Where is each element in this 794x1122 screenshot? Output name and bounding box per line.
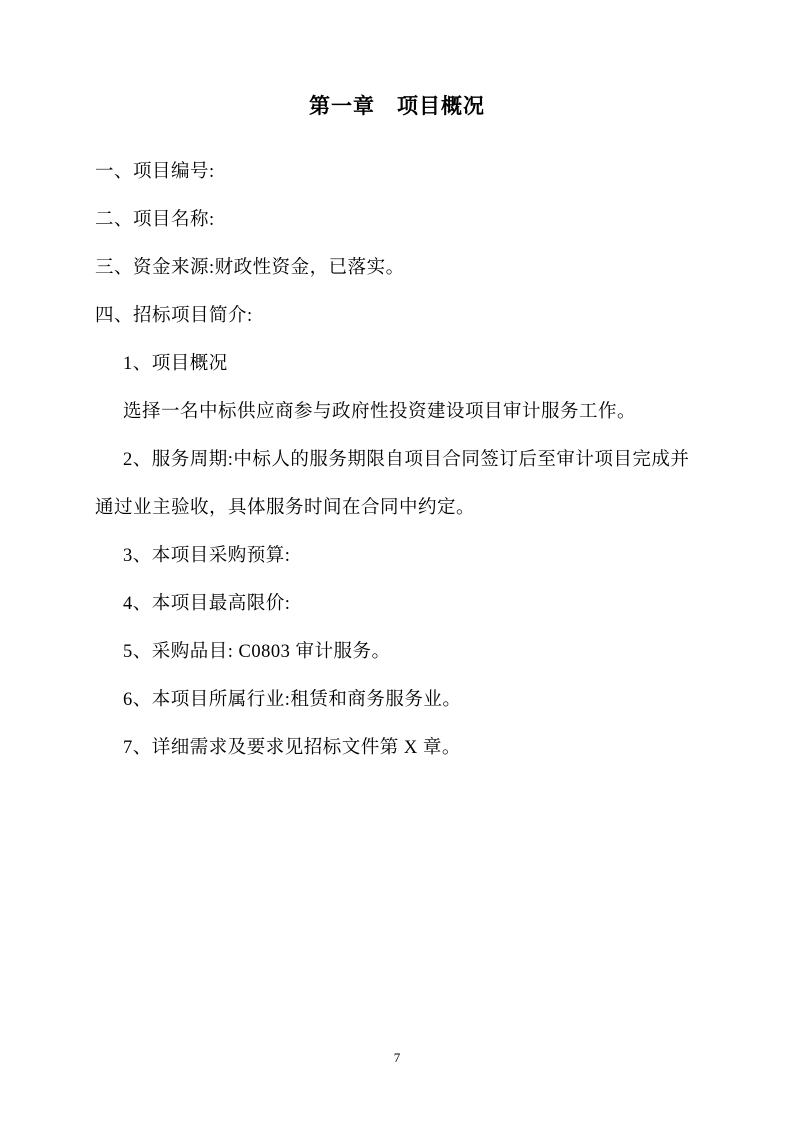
subitem-detailed-requirements: 7、详细需求及要求见招标文件第 X 章。	[95, 724, 699, 772]
subitem-overview-description: 选择一名中标供应商参与政府性投资建设项目审计服务工作。	[95, 388, 699, 436]
page-number: 7	[0, 1050, 794, 1066]
subitem-procurement-category: 5、采购品目: C0803 审计服务。	[95, 628, 699, 676]
subitem-max-price: 4、本项目最高限价:	[95, 580, 699, 628]
item-funding-source: 三、资金来源:财政性资金，已落实。	[95, 244, 699, 292]
document-body: 一、项目编号: 二、项目名称: 三、资金来源:财政性资金，已落实。 四、招标项目…	[95, 148, 699, 772]
item-project-name: 二、项目名称:	[95, 196, 699, 244]
subitem-procurement-budget: 3、本项目采购预算:	[95, 532, 699, 580]
subitem-service-period-line2: 通过业主验收，具体服务时间在合同中约定。	[95, 484, 699, 532]
subitem-service-period-line1: 2、服务周期:中标人的服务期限自项目合同签订后至审计项目完成并	[95, 436, 699, 484]
item-project-intro-heading: 四、招标项目简介:	[95, 292, 699, 340]
chapter-title: 第一章 项目概况	[0, 88, 794, 124]
document-page: 第一章 项目概况 一、项目编号: 二、项目名称: 三、资金来源:财政性资金，已落…	[0, 0, 794, 1122]
subitem-project-overview: 1、项目概况	[95, 340, 699, 388]
subitem-industry: 6、本项目所属行业:租赁和商务服务业。	[95, 676, 699, 724]
item-project-number: 一、项目编号:	[95, 148, 699, 196]
